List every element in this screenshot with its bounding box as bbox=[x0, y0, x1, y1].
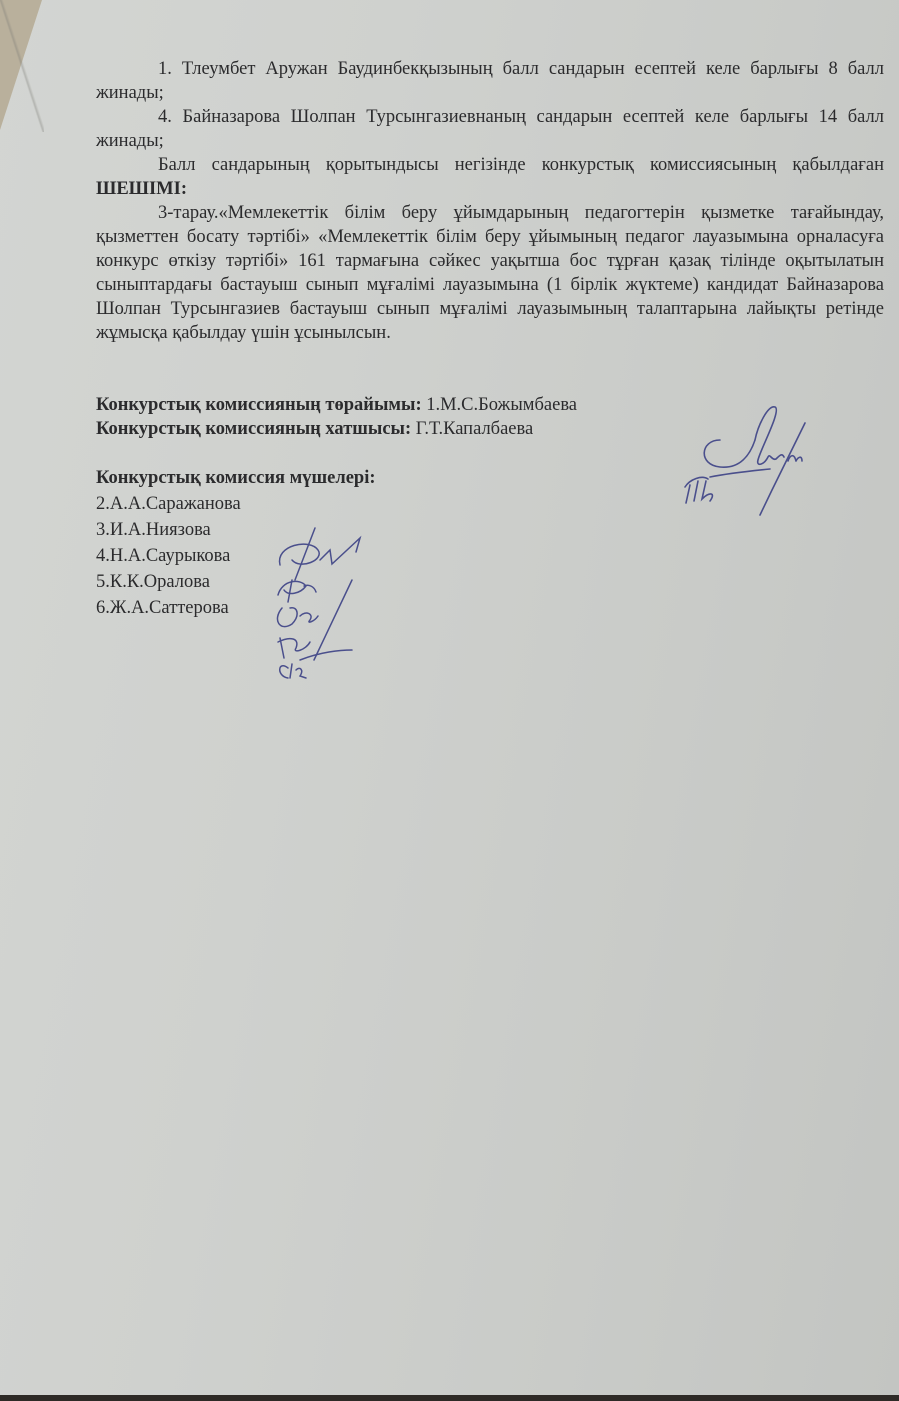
paragraph-decision-body: 3-тарау.«Мемлекеттік білім беру ұйымдары… bbox=[96, 201, 884, 345]
chair-signature-icon bbox=[680, 395, 820, 525]
document-page: 1. Тлеумбет Аружан Баудинбекқызының балл… bbox=[96, 57, 884, 621]
member-item: 6.Ж.А.Саттерова bbox=[96, 595, 884, 621]
secretary-name: Г.Т.Капалбаева bbox=[411, 419, 533, 439]
decision-intro-text: Балл сандарының қорытындысы негізінде ко… bbox=[158, 155, 884, 175]
chair-name: 1.М.С.Божымбаева bbox=[422, 395, 577, 415]
chair-label: Конкурстық комиссияның төрайымы: bbox=[96, 395, 422, 415]
decision-heading: ШЕШІМІ: bbox=[96, 179, 187, 199]
secretary-label: Конкурстық комиссияның хатшысы: bbox=[96, 419, 411, 439]
paragraph-candidate-4: 4. Байназарова Шолпан Турсынгазиевнаның … bbox=[96, 105, 884, 153]
paper-fold-shadow bbox=[0, 0, 44, 132]
table-edge-background bbox=[0, 1395, 899, 1401]
member-item: 5.К.К.Оралова bbox=[96, 569, 884, 595]
members-signature-icon bbox=[270, 520, 380, 680]
paragraph-decision-intro: Балл сандарының қорытындысы негізінде ко… bbox=[96, 153, 884, 201]
member-item: 4.Н.А.Саурыкова bbox=[96, 543, 884, 569]
paragraph-candidate-1: 1. Тлеумбет Аружан Баудинбекқызының балл… bbox=[96, 57, 884, 105]
